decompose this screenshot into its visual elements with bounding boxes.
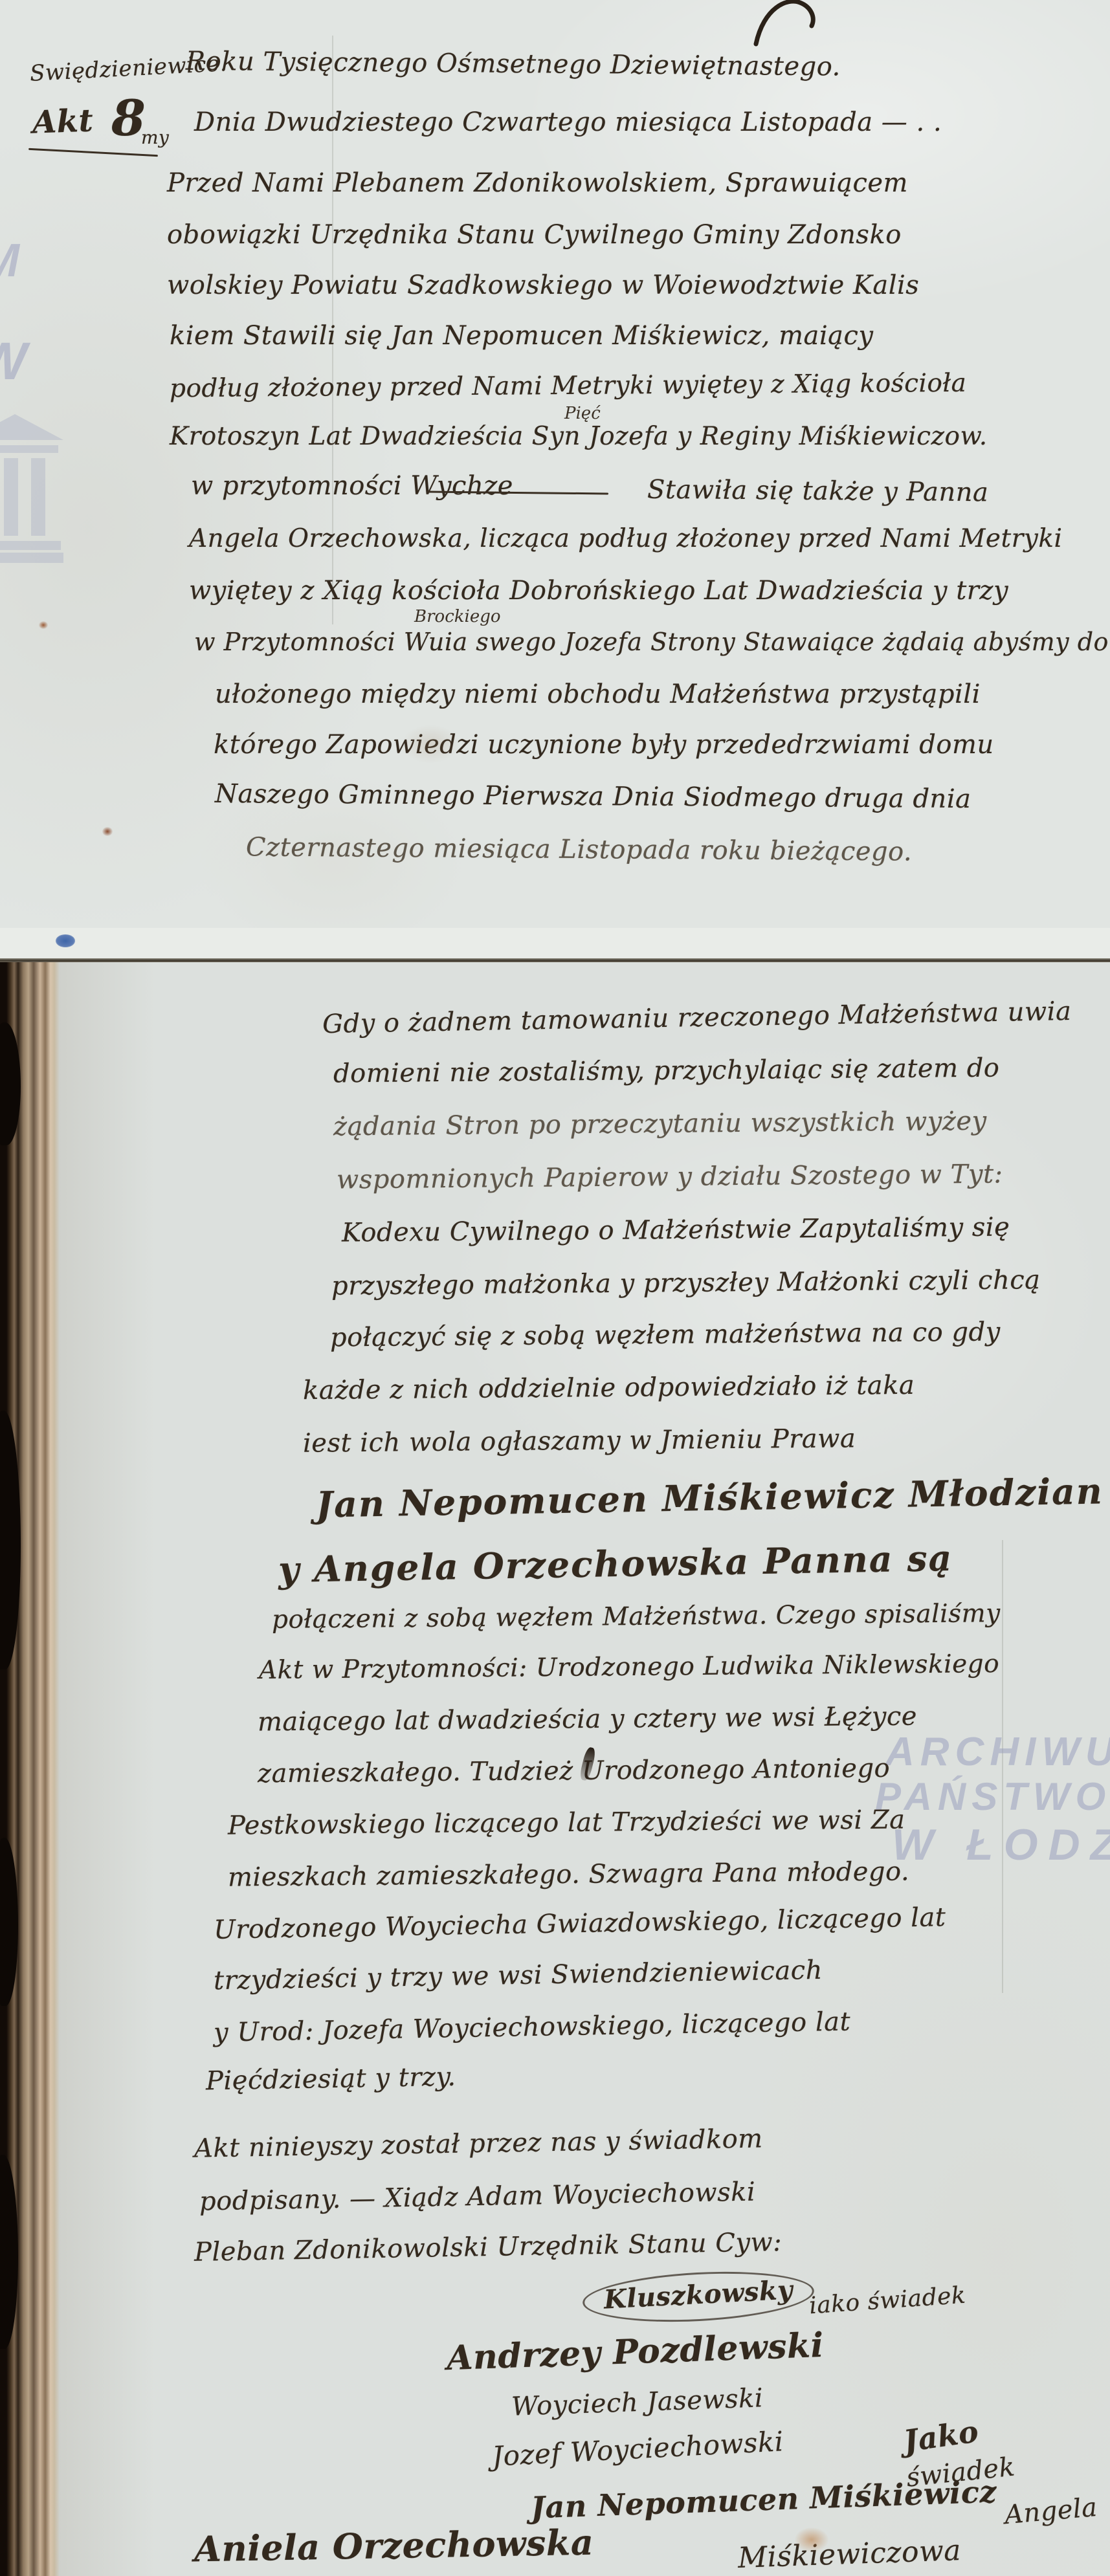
act-number-suffix: my — [141, 127, 169, 148]
manuscript-line: wolskiey Powiatu Szadkowskiego w Woiewod… — [167, 270, 919, 300]
manuscript-line: Angela Orzechowska, licząca podług złożo… — [189, 524, 1062, 553]
fox-spot — [39, 621, 48, 629]
manuscript-line: Pestkowskiego liczącego lat Trzydzieści … — [228, 1805, 905, 1840]
manuscript-line: iest ich wola ogłaszamy w Jmieniu Prawa — [303, 1424, 856, 1458]
archive-watermark-line1: ARCHIWUM — [885, 1729, 1110, 1775]
signature-bride: Aniela Orzechowska — [194, 2522, 594, 2570]
archive-building-watermark-icon — [0, 414, 63, 563]
watermark-fragment-top: M — [0, 234, 25, 287]
manuscript-line: wspomnionych Papierow y działu Szostego … — [337, 1160, 1003, 1195]
manuscript-line: Pięćdziesiąt y trzy. — [206, 2062, 456, 2097]
manuscript-line: Czternastego miesiąca Listopada roku bie… — [246, 832, 912, 866]
manuscript-line: Roku Tysięcznego Ośmsetnego Dziewiętnast… — [186, 47, 841, 82]
manuscript-line: wyiętey z Xiąg kościoła Dobrońskiego Lat… — [189, 576, 1008, 606]
ink-stain-blue — [56, 934, 75, 947]
manuscript-line: każde z nich oddzielnie odpowiedziało iż… — [303, 1371, 915, 1405]
manuscript-line: podług złożoney przed Nami Metryki wyięt… — [170, 369, 967, 404]
manuscript-line: żądania Stron po przeczytaniu wszystkich… — [333, 1106, 987, 1142]
manuscript-line: Stawiła się także y Panna — [647, 475, 989, 508]
archive-watermark-line3: W ŁODZI — [892, 1820, 1110, 1870]
stain-orange — [795, 2527, 828, 2552]
manuscript-line: zamieszkałego. Tudzież Urodzonego Antoni… — [258, 1754, 891, 1789]
manuscript-line: domieni nie zostaliśmy, przychylaiąc się… — [333, 1053, 1000, 1089]
superscript-insertion: Brockiego — [414, 607, 501, 626]
manuscript-line: Dnia Dwudziestego Czwartego miesiąca Lis… — [194, 107, 942, 137]
upper-page-bottom-edge — [0, 928, 1110, 958]
manuscript-line: ułożonego między niemi obchodu Małżeństw… — [215, 679, 981, 709]
manuscript-line: obowiązki Urzędnika Stanu Cywilnego Gmin… — [167, 220, 902, 250]
manuscript-line: przyszłego małżonka y przyszłey Małżonki… — [331, 1265, 1041, 1301]
manuscript-line: Krotoszyn Lat Dwadzieścia Syn Jozefa y R… — [170, 422, 988, 451]
manuscript-line: Przed Nami Plebanem Zdonikowolskiem, Spr… — [167, 168, 908, 198]
fox-spot — [102, 827, 113, 836]
manuscript-line: którego Zapowiedzi uczynione były przede… — [214, 730, 994, 760]
manuscript-line: w przytomności Wychze — [191, 471, 513, 501]
manuscript-line: Naszego Gminnego Pierwsza Dnia Siodmego … — [215, 779, 971, 814]
manuscript-line: Kodexu Cywilnego o Małżeństwie Zapytaliś… — [342, 1212, 1010, 1248]
manuscript-line: kiem Stawili się Jan Nepomucen Miśkiewic… — [170, 321, 874, 351]
manuscript-line: mieszkach zamieszkałego. Szwagra Pana mł… — [228, 1856, 909, 1892]
signature-text: Kluszkowsky — [603, 2274, 794, 2315]
manuscript-line: maiącego lat dwadzieścia y cztery we wsi… — [258, 1702, 917, 1737]
act-label: Akt — [32, 102, 94, 140]
stain-faint — [401, 725, 460, 764]
manuscript-line: połączyć się z sobą węzłem małżeństwa na… — [330, 1317, 1001, 1352]
ink-flourish — [744, 0, 835, 48]
watermark-fragment-bottom: W — [0, 331, 32, 392]
superscript-insertion: Pięć — [564, 404, 601, 423]
archive-watermark-line2: PAŃSTWOWE — [875, 1774, 1110, 1819]
manuscript-line: w Przytomności Wuia swego Jozefa Strony … — [194, 628, 1109, 656]
